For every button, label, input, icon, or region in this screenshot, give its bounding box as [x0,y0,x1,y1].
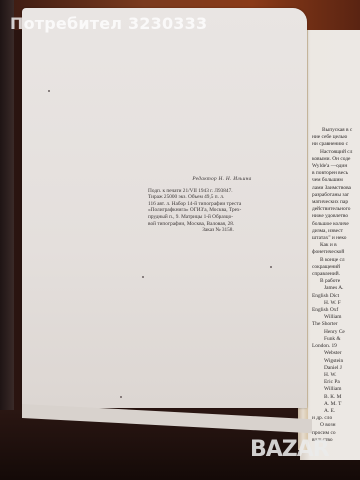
colophon-line: 116 авт. л. Набор 14-й типографии треста [148,201,288,208]
colophon-line: Тираж 25000 экз. Объем 49,5 п. л. [148,194,288,201]
right-page-line: William [312,314,360,321]
right-page-line: действительного [312,206,360,213]
colophon-editor: Редактор Н. Н. Ильина [156,176,288,183]
right-page-line: English Oxf [312,307,360,314]
right-page-line: чем большим [312,177,360,184]
right-page-text: Выпуская в с ние себе целью ни сравнению… [312,127,360,444]
background-left-edge [0,0,14,480]
right-page-line: Henry Ce [312,329,360,336]
right-page-line: H. W. F [312,300,360,307]
right-page-line: лами Заимствова [312,185,360,192]
paper-speck [48,90,50,92]
colophon: Редактор Н. Н. Ильина Подп. к печати 21/… [148,176,288,234]
paper-speck [142,276,144,278]
right-page-line: штатах" и неко [312,235,360,242]
right-page-line: H. W. [312,372,360,379]
right-page-line: О возн [312,422,360,429]
right-page-line: London. 19 [312,343,360,350]
right-page-line: Настоящий сл [312,149,360,156]
right-page-line: Funk & [312,336,360,343]
right-page-line: Daniel J [312,365,360,372]
right-page-line: William [312,386,360,393]
right-page-line: В работе [312,278,360,285]
right-page-line: James A. [312,285,360,292]
right-page-line: ниже удовлетво [312,213,360,220]
paper-speck [270,266,272,268]
right-page-line: А. Е. [312,408,360,415]
right-page-line: Wylde'а —один [312,163,360,170]
right-page-line: Eric Pa [312,379,360,386]
right-page-line: сокращений [312,264,360,271]
colophon-line: прудный п., 9. Матрицы 1-й Образцо- [148,214,288,221]
right-page-line: А. М. Т [312,401,360,408]
right-page-line: ковыми. Он соде [312,156,360,163]
right-page-line: и др. сло [312,415,360,422]
right-page-line: разработаны заг [312,192,360,199]
right-page-line: просим со [312,430,360,437]
right-page-line: В конце сл [312,257,360,264]
seller-watermark: Потребител 3230333 [10,14,207,33]
colophon-order-number: Заказ № 3158. [148,227,288,234]
colophon-line: Подп. к печати 21/VII 1943 г. Л93847. [148,188,288,195]
right-page-line: Webster [312,350,360,357]
colophon-line: вой типографии, Москва, Валовая, 28. [148,221,288,228]
bazar-logo: BAZAR [250,437,329,462]
right-page-line: The Shorter [312,321,360,328]
right-page-line: ние себе целью [312,134,360,141]
colophon-line: «Полиграфкнига» ОГИЗ'а, Москва, Трех- [148,207,288,214]
right-page-line: дизма, извест [312,228,360,235]
right-page-line: ни сравнению с [312,141,360,148]
paper-speck [120,396,122,398]
right-page-line: В. К. М [312,394,360,401]
right-page-line: большое количе [312,221,360,228]
right-page-line: Wigstein [312,358,360,365]
right-page-line: English Dict [312,293,360,300]
right-page-line: фонетической [312,249,360,256]
